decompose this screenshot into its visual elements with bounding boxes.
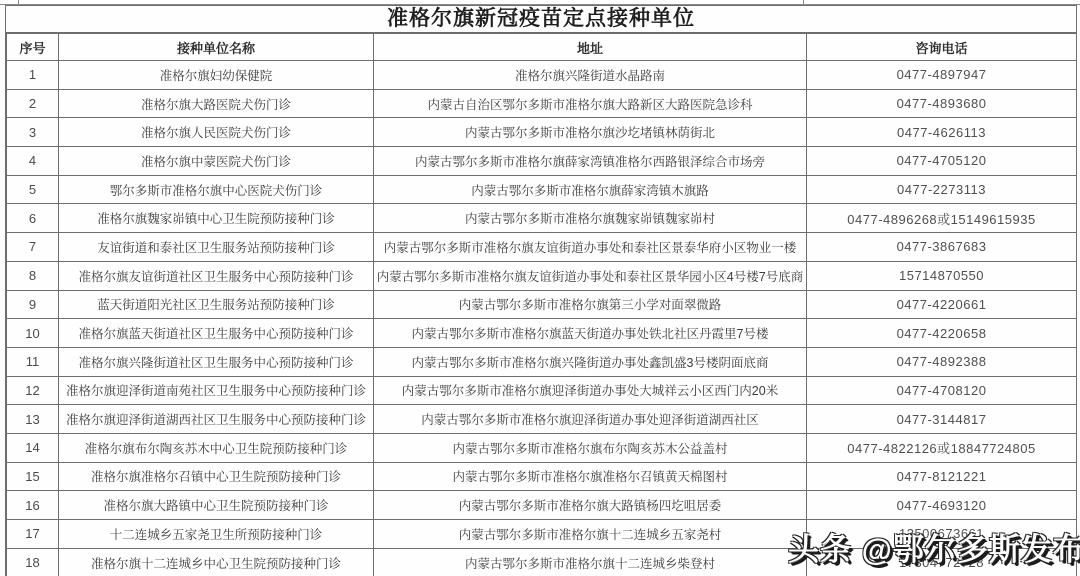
address-cell: 内蒙古鄂尔多斯市准格尔旗蓝天街道办事处铁北社区丹霞里7号楼: [374, 319, 807, 348]
table-row: 12准格尔旗迎泽街道南苑社区卫生服务中心预防接种门诊内蒙古鄂尔多斯市准格尔旗迎泽…: [7, 376, 1077, 405]
address-cell: 内蒙古鄂尔多斯市准格尔旗薛家湾镇木旗路: [374, 175, 807, 204]
row-number-cell: 8: [7, 261, 59, 290]
address-cell: 内蒙古鄂尔多斯市准格尔旗迎泽街道办事处大城祥云小区西门内20米: [374, 376, 807, 405]
table-row: 14准格尔旗布尔陶亥苏木中心卫生院预防接种门诊内蒙古鄂尔多斯市准格尔旗布尔陶亥苏…: [7, 433, 1077, 462]
phone-cell: 0477-4892388: [807, 347, 1077, 376]
table-row: 15准格尔旗准格尔召镇中心卫生院预防接种门诊内蒙古鄂尔多斯市准格尔旗准格尔召镇黄…: [7, 462, 1077, 491]
table-row: 2准格尔旗大路医院犬伤门诊内蒙古自治区鄂尔多斯市准格尔旗大路新区大路医院急诊科0…: [7, 89, 1077, 118]
phone-cell: 13500673661: [807, 520, 1077, 549]
column-header-index: 序号: [7, 34, 59, 61]
address-cell: 内蒙古鄂尔多斯市准格尔旗友谊街道办事处和泰社区景泰华府小区物业一楼: [374, 233, 807, 262]
row-number-cell: 11: [7, 347, 59, 376]
phone-cell: 0477-4705120: [807, 147, 1077, 176]
phone-cell: 15714870550: [807, 261, 1077, 290]
unit-name-cell: 准格尔旗十二连城乡中心卫生院预防接种门诊: [59, 548, 374, 576]
unit-name-cell: 蓝天街道阳光社区卫生服务站预防接种门诊: [59, 290, 374, 319]
unit-name-cell: 准格尔旗准格尔召镇中心卫生院预防接种门诊: [59, 462, 374, 491]
row-number-cell: 14: [7, 433, 59, 462]
unit-name-cell: 准格尔旗迎泽街道湖西社区卫生服务中心预防接种门诊: [59, 405, 374, 434]
table-row: 5鄂尔多斯市准格尔旗中心医院犬伤门诊内蒙古鄂尔多斯市准格尔旗薛家湾镇木旗路047…: [7, 175, 1077, 204]
address-cell: 准格尔旗兴隆街道水晶路南: [374, 61, 807, 90]
row-number-cell: 5: [7, 175, 59, 204]
column-header-name: 接种单位名称: [59, 34, 374, 61]
page-title: 准格尔旗新冠疫苗定点接种单位: [6, 6, 1076, 33]
table-row: 9蓝天街道阳光社区卫生服务站预防接种门诊内蒙古鄂尔多斯市准格尔旗第三小学对面翠微…: [7, 290, 1077, 319]
table-row: 4准格尔旗中蒙医院犬伤门诊内蒙古鄂尔多斯市准格尔旗薛家湾镇准格尔西路银泽综合市场…: [7, 147, 1077, 176]
phone-cell: 0477-4220661: [807, 290, 1077, 319]
row-number-cell: 9: [7, 290, 59, 319]
row-number-cell: 16: [7, 491, 59, 520]
table-row: 17十二连城乡五家尧卫生所预防接种门诊内蒙古鄂尔多斯市准格尔旗十二连城乡五家尧村…: [7, 520, 1077, 549]
address-cell: 内蒙古鄂尔多斯市准格尔旗大路镇杨四圪咀居委: [374, 491, 807, 520]
phone-cell: 0477-4220658: [807, 319, 1077, 348]
table-row: 1准格尔旗妇幼保健院准格尔旗兴隆街道水晶路南0477-4897947: [7, 61, 1077, 90]
phone-cell: 0477-3144817: [807, 405, 1077, 434]
sites-table: 序号 接种单位名称 地址 咨询电话 1准格尔旗妇幼保健院准格尔旗兴隆街道水晶路南…: [6, 33, 1077, 576]
phone-cell: 0477-4693120: [807, 491, 1077, 520]
unit-name-cell: 准格尔旗布尔陶亥苏木中心卫生院预防接种门诊: [59, 433, 374, 462]
cutoff-cell-divider: [18, 0, 19, 4]
address-cell: 内蒙古鄂尔多斯市准格尔旗魏家峁镇魏家峁村: [374, 204, 807, 233]
table-row: 18准格尔旗十二连城乡中心卫生院预防接种门诊内蒙古鄂尔多斯市准格尔旗十二连城乡柴…: [7, 548, 1077, 576]
phone-cell: 17304772728: [807, 548, 1077, 576]
phone-cell: 0477-4822126或18847724805: [807, 433, 1077, 462]
row-number-cell: 13: [7, 405, 59, 434]
phone-cell: 0477-4897947: [807, 61, 1077, 90]
unit-name-cell: 准格尔旗友谊街道社区卫生服务中心预防接种门诊: [59, 261, 374, 290]
row-number-cell: 6: [7, 204, 59, 233]
address-cell: 内蒙古鄂尔多斯市准格尔旗沙圪堵镇林荫街北: [374, 118, 807, 147]
address-cell: 内蒙古鄂尔多斯市准格尔旗第三小学对面翠微路: [374, 290, 807, 319]
table-row: 7友谊街道和泰社区卫生服务站预防接种门诊内蒙古鄂尔多斯市准格尔旗友谊街道办事处和…: [7, 233, 1077, 262]
table-row: 3准格尔旗人民医院犬伤门诊内蒙古鄂尔多斯市准格尔旗沙圪堵镇林荫街北0477-46…: [7, 118, 1077, 147]
row-number-cell: 4: [7, 147, 59, 176]
address-cell: 内蒙古鄂尔多斯市准格尔旗兴隆街道办事处鑫凯盛3号楼阴面底商: [374, 347, 807, 376]
phone-cell: 0477-4626113: [807, 118, 1077, 147]
address-cell: 内蒙古鄂尔多斯市准格尔旗迎泽街道办事处迎泽街道湖西社区: [374, 405, 807, 434]
unit-name-cell: 准格尔旗妇幼保健院: [59, 61, 374, 90]
cutoff-cell-divider: [803, 0, 804, 4]
table-row: 8准格尔旗友谊街道社区卫生服务中心预防接种门诊内蒙古鄂尔多斯市准格尔旗友谊街道办…: [7, 261, 1077, 290]
unit-name-cell: 准格尔旗迎泽街道南苑社区卫生服务中心预防接种门诊: [59, 376, 374, 405]
column-header-address: 地址: [374, 34, 807, 61]
row-number-cell: 10: [7, 319, 59, 348]
row-number-cell: 3: [7, 118, 59, 147]
row-number-cell: 12: [7, 376, 59, 405]
address-cell: 内蒙古鄂尔多斯市准格尔旗十二连城乡柴登村: [374, 548, 807, 576]
row-number-cell: 7: [7, 233, 59, 262]
row-number-cell: 2: [7, 89, 59, 118]
phone-cell: 0477-4893680: [807, 89, 1077, 118]
table-row: 6准格尔旗魏家峁镇中心卫生院预防接种门诊内蒙古鄂尔多斯市准格尔旗魏家峁镇魏家峁村…: [7, 204, 1077, 233]
address-cell: 内蒙古自治区鄂尔多斯市准格尔旗大路新区大路医院急诊科: [374, 89, 807, 118]
vaccination-sites-table: 准格尔旗新冠疫苗定点接种单位 序号 接种单位名称 地址 咨询电话 1准格尔旗妇幼…: [5, 5, 1077, 576]
unit-name-cell: 准格尔旗大路医院犬伤门诊: [59, 89, 374, 118]
phone-cell: 0477-2273113: [807, 175, 1077, 204]
unit-name-cell: 鄂尔多斯市准格尔旗中心医院犬伤门诊: [59, 175, 374, 204]
address-cell: 内蒙古鄂尔多斯市准格尔旗十二连城乡五家尧村: [374, 520, 807, 549]
unit-name-cell: 准格尔旗魏家峁镇中心卫生院预防接种门诊: [59, 204, 374, 233]
address-cell: 内蒙古鄂尔多斯市准格尔旗薛家湾镇准格尔西路银泽综合市场旁: [374, 147, 807, 176]
address-cell: 内蒙古鄂尔多斯市准格尔旗布尔陶亥苏木公益盖村: [374, 433, 807, 462]
address-cell: 内蒙古鄂尔多斯市准格尔旗准格尔召镇黄天棉图村: [374, 462, 807, 491]
table-row: 10准格尔旗蓝天街道社区卫生服务中心预防接种门诊内蒙古鄂尔多斯市准格尔旗蓝天街道…: [7, 319, 1077, 348]
unit-name-cell: 十二连城乡五家尧卫生所预防接种门诊: [59, 520, 374, 549]
address-cell: 内蒙古鄂尔多斯市准格尔旗友谊街道办事处和泰社区景华园小区4号楼7号底商: [374, 261, 807, 290]
row-number-cell: 1: [7, 61, 59, 90]
unit-name-cell: 准格尔旗中蒙医院犬伤门诊: [59, 147, 374, 176]
unit-name-cell: 准格尔旗大路镇中心卫生院预防接种门诊: [59, 491, 374, 520]
column-header-phone: 咨询电话: [807, 34, 1077, 61]
header-row: 序号 接种单位名称 地址 咨询电话: [7, 34, 1077, 61]
row-number-cell: 17: [7, 520, 59, 549]
row-number-cell: 18: [7, 548, 59, 576]
unit-name-cell: 准格尔旗兴隆街道社区卫生服务中心预防接种门诊: [59, 347, 374, 376]
unit-name-cell: 准格尔旗人民医院犬伤门诊: [59, 118, 374, 147]
unit-name-cell: 友谊街道和泰社区卫生服务站预防接种门诊: [59, 233, 374, 262]
phone-cell: 0477-3867683: [807, 233, 1077, 262]
phone-cell: 0477-8121221: [807, 462, 1077, 491]
phone-cell: 0477-4896268或15149615935: [807, 204, 1077, 233]
table-row: 16准格尔旗大路镇中心卫生院预防接种门诊内蒙古鄂尔多斯市准格尔旗大路镇杨四圪咀居…: [7, 491, 1077, 520]
row-number-cell: 15: [7, 462, 59, 491]
table-row: 13准格尔旗迎泽街道湖西社区卫生服务中心预防接种门诊内蒙古鄂尔多斯市准格尔旗迎泽…: [7, 405, 1077, 434]
unit-name-cell: 准格尔旗蓝天街道社区卫生服务中心预防接种门诊: [59, 319, 374, 348]
table-body: 1准格尔旗妇幼保健院准格尔旗兴隆街道水晶路南0477-48979472准格尔旗大…: [7, 61, 1077, 576]
phone-cell: 0477-4708120: [807, 376, 1077, 405]
table-row: 11准格尔旗兴隆街道社区卫生服务中心预防接种门诊内蒙古鄂尔多斯市准格尔旗兴隆街道…: [7, 347, 1077, 376]
